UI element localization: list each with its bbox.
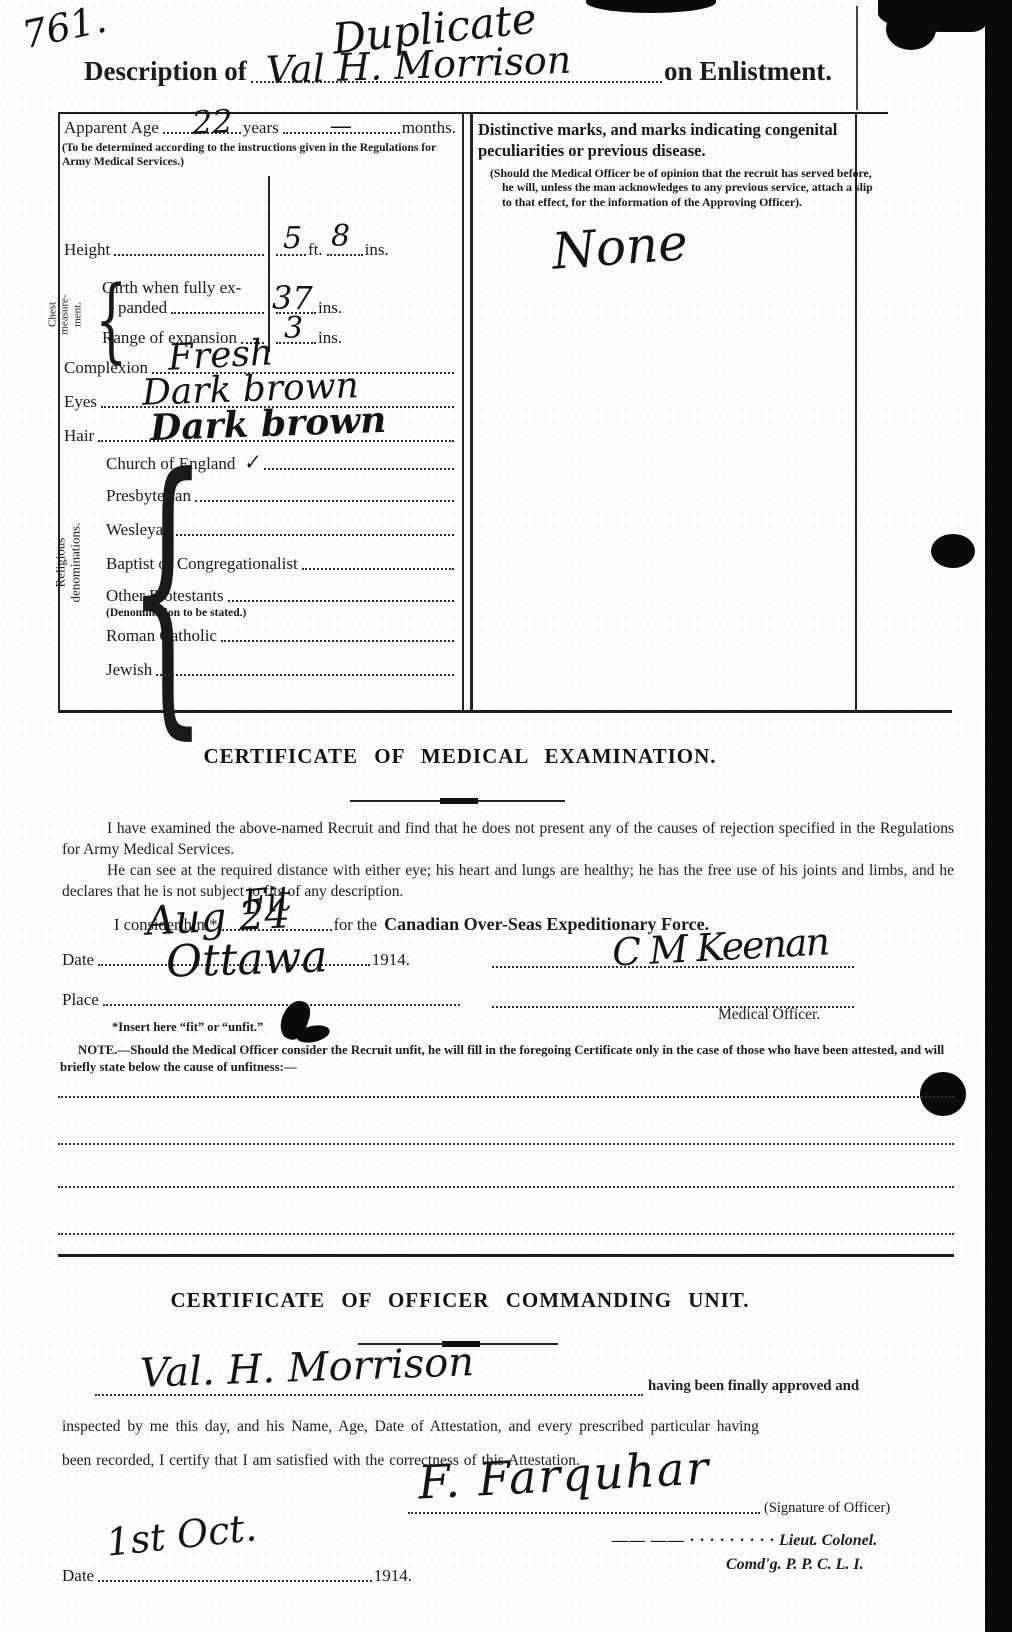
blank-line-4 bbox=[58, 1231, 954, 1235]
insert-fit-note: *Insert here “fit” or “unfit.” bbox=[112, 1020, 263, 1035]
officer-line2: inspected by me this day, and his Name, … bbox=[62, 1418, 958, 1436]
medical-heading-rule bbox=[350, 800, 565, 802]
religion-row-presbyterian: Presbyterian bbox=[106, 486, 456, 506]
reference-number: 761. bbox=[19, 0, 110, 54]
medical-place-label: Place bbox=[62, 990, 99, 1010]
officer-signature-caption: (Signature of Officer) bbox=[764, 1500, 890, 1517]
religion-row-other-protestants: Other Protestants bbox=[106, 586, 456, 606]
girth-value: 37 bbox=[272, 282, 313, 314]
range-value: 3 bbox=[284, 314, 303, 344]
recruit-name-handwritten: Val H. Morrison bbox=[265, 41, 571, 90]
religion-checkmark: ✓ bbox=[242, 451, 261, 473]
religion-side-label: Religious denominations. bbox=[53, 503, 82, 623]
apparent-age-footnote: (To be determined according to the instr… bbox=[62, 141, 454, 170]
blank-line-1 bbox=[58, 1094, 954, 1098]
medical-date-year: 1914. bbox=[372, 950, 410, 970]
officer-date-row: Date 1914. bbox=[62, 1566, 412, 1586]
apparent-age-label: Apparent Age bbox=[64, 118, 159, 138]
officer-certificate-heading: CERTIFICATE OF OFFICER COMMANDING UNIT. bbox=[0, 1288, 920, 1313]
title-suffix: on Enlistment. bbox=[664, 56, 832, 87]
scanned-enlistment-form: 761. Duplicate Description of on Enlistm… bbox=[0, 0, 1012, 1632]
girth-label-line2: panded bbox=[118, 298, 167, 318]
range-unit: ins. bbox=[318, 328, 342, 348]
medical-certificate-heading: CERTIFICATE OF MEDICAL EXAMINATION. bbox=[0, 744, 920, 769]
box-divider-line-2 bbox=[470, 112, 473, 712]
officer-command-line: Comd'g. P. P. C. L. I. bbox=[726, 1556, 864, 1574]
other-protestants-note: (Denomination to be stated.) bbox=[106, 606, 246, 620]
officer-rank-row: —— —— · · · · · · · · · Lieut. Colonel. bbox=[612, 1532, 877, 1550]
religion-row-roman-catholic: Roman Catholic bbox=[106, 626, 456, 646]
inches-unit: ins. bbox=[365, 240, 389, 260]
hair-label: Hair bbox=[64, 426, 94, 446]
medical-place-row: Place bbox=[62, 990, 462, 1010]
religion-row-church-of-england: Church of England ✓ bbox=[106, 452, 456, 474]
scan-punch-hole-1 bbox=[931, 534, 975, 568]
medical-paragraph-1: I have examined the above-named Recruit … bbox=[62, 818, 954, 860]
rank-leader: —— —— · · · · · · · · · bbox=[612, 1532, 775, 1549]
height-feet-value: 5 bbox=[283, 224, 302, 254]
chest-side-label: Chest measure- ment. bbox=[47, 277, 84, 351]
officer-recruit-name: Val. H. Morrison bbox=[139, 1342, 474, 1394]
height-inches-value: 8 bbox=[331, 222, 350, 252]
eyes-label: Eyes bbox=[64, 392, 97, 412]
girth-row: panded bbox=[118, 298, 266, 318]
height-cell-divider bbox=[268, 176, 270, 352]
officer-date-label: Date bbox=[62, 1566, 94, 1586]
medical-date-label: Date bbox=[62, 950, 94, 970]
scan-ink-blob-top-right-drip bbox=[886, 8, 936, 50]
scan-line-top-right bbox=[856, 6, 858, 110]
scan-edge-band bbox=[985, 0, 1012, 1632]
complexion-label: Complexion bbox=[64, 358, 148, 378]
officer-signature: F. Farquhar bbox=[417, 1444, 711, 1505]
distinctive-marks-value: None bbox=[550, 217, 689, 276]
distinctive-marks-note: (Should the Medical Officer be of opinio… bbox=[478, 166, 874, 209]
blank-line-2 bbox=[58, 1141, 954, 1145]
girth-unit: ins. bbox=[318, 298, 342, 318]
medical-place-value: Ottawa bbox=[165, 935, 328, 985]
officer-line1-suffix: having been finally approved and bbox=[648, 1378, 859, 1395]
height-row: Height bbox=[64, 240, 266, 260]
months-value: — bbox=[330, 116, 352, 138]
officer-name-line bbox=[95, 1392, 643, 1396]
feet-unit: ft. bbox=[308, 240, 323, 260]
box-top-border bbox=[58, 112, 888, 114]
officer-date-value: 1st Oct. bbox=[104, 1508, 258, 1562]
religion-row-baptist: Baptist or Congregationalist bbox=[106, 554, 456, 574]
medical-officer-signature: C M Keenan bbox=[611, 922, 829, 971]
girth-label-line1: Girth when fully ex- bbox=[102, 278, 241, 298]
apparent-age-row: Apparent Age years months. bbox=[64, 118, 456, 138]
years-unit: years bbox=[243, 118, 279, 138]
officer-signature-line bbox=[408, 1510, 760, 1514]
medical-officer-title: Medical Officer. bbox=[718, 1006, 820, 1024]
apparent-age-value: 22 bbox=[191, 105, 233, 139]
months-unit: months. bbox=[402, 118, 456, 138]
consider-mid: for the bbox=[334, 915, 378, 935]
distinctive-marks-heading: Distinctive marks, and marks indicating … bbox=[478, 120, 858, 161]
medical-unfit-note: NOTE.—Should the Medical Officer conside… bbox=[60, 1042, 960, 1077]
religion-row-wesleyan: Wesleyan bbox=[106, 520, 456, 540]
height-label: Height bbox=[64, 240, 110, 260]
scan-ink-blob-top-center bbox=[586, 0, 716, 13]
box-divider-line-1 bbox=[462, 112, 464, 712]
officer-date-year: 1914. bbox=[374, 1566, 412, 1586]
religion-row-jewish: Jewish bbox=[106, 660, 456, 680]
section-divider-rule bbox=[58, 1254, 954, 1257]
blank-line-3 bbox=[58, 1184, 954, 1188]
title-prefix: Description of bbox=[84, 56, 247, 87]
rank-line: Lieut. Colonel. bbox=[779, 1532, 877, 1549]
